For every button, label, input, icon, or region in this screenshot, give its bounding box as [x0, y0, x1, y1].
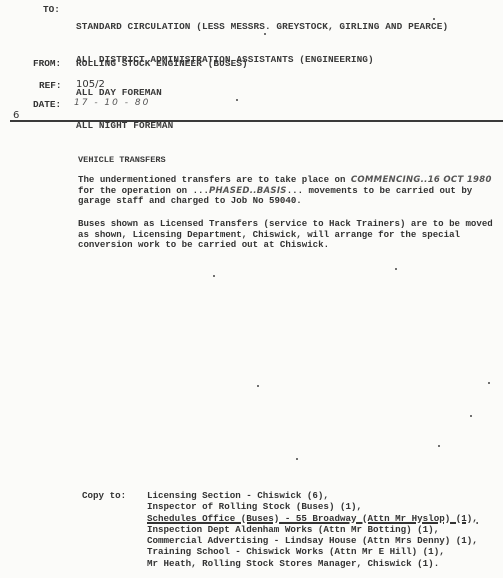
para1-line2-suffix: ... movements to be carried out by — [287, 185, 473, 196]
date-value: 17 - 10 - 80 — [74, 98, 150, 108]
scan-speck — [236, 99, 238, 101]
to-line: STANDARD CIRCULATION (LESS MESSRS. GREYS… — [76, 21, 448, 32]
handwritten-operation: PHASED..BASIS — [209, 186, 287, 196]
copy-recipient: Mr Heath, Rolling Stock Stores Manager, … — [147, 558, 478, 569]
scan-speck — [213, 275, 215, 277]
header-divider — [10, 120, 503, 122]
paragraph-licensed-transfers: Buses shown as Licensed Transfers (servi… — [78, 219, 498, 251]
para1-line3: garage staff and charged to Job No 59040… — [78, 196, 498, 207]
scan-speck — [395, 268, 397, 270]
scan-speck — [257, 385, 259, 387]
to-label: TO: — [43, 4, 60, 15]
scan-speck — [470, 415, 472, 417]
ref-value: 105/2 — [76, 79, 105, 90]
to-line: ALL DAY FOREMAN — [76, 87, 448, 98]
copy-recipient: Training School - Chiswick Works (Attn M… — [147, 546, 478, 557]
scan-speck — [438, 445, 440, 447]
paragraph-transfers: The undermentioned transfers are to take… — [78, 175, 498, 207]
scan-speck — [264, 33, 266, 35]
para1-line2-prefix: for the operation on ... — [78, 185, 209, 196]
section-heading: VEHICLE TRANSFERS — [78, 155, 166, 165]
para2-line1: Buses shown as Licensed Transfers (servi… — [78, 219, 498, 230]
date-label: DATE: — [33, 99, 61, 110]
copy-recipient: Commercial Advertising - Lindsay House (… — [147, 535, 478, 546]
copy-recipient: Licensing Section - Chiswick (6), — [147, 490, 478, 501]
para1-line1-text: The undermentioned transfers are to take… — [78, 174, 351, 185]
copy-recipient: Inspector of Rolling Stock (Buses) (1), — [147, 501, 478, 512]
copy-to-label: Copy to: — [82, 490, 126, 501]
to-recipients: STANDARD CIRCULATION (LESS MESSRS. GREYS… — [76, 0, 448, 153]
ref-label: REF: — [39, 80, 62, 91]
memo-page: TO: STANDARD CIRCULATION (LESS MESSRS. G… — [0, 0, 503, 578]
copy-recipient-underlined: Schedules Office (Buses) - 55 Broadway (… — [147, 513, 478, 524]
copy-to-list: Licensing Section - Chiswick (6), Inspec… — [147, 490, 478, 569]
para2-line3: conversion work to be carried out at Chi… — [78, 240, 498, 251]
scan-speck — [433, 18, 435, 20]
from-value: ROLLING STOCK ENGINEER (BUSES) — [76, 58, 248, 69]
scan-speck — [296, 458, 298, 460]
scan-speck — [488, 382, 490, 384]
copy-recipient: Inspection Dept Aldenham Works (Attn Mr … — [147, 524, 478, 535]
handwritten-start-date: COMMENCING..16 OCT 1980 — [351, 175, 492, 185]
from-label: FROM: — [33, 58, 61, 69]
